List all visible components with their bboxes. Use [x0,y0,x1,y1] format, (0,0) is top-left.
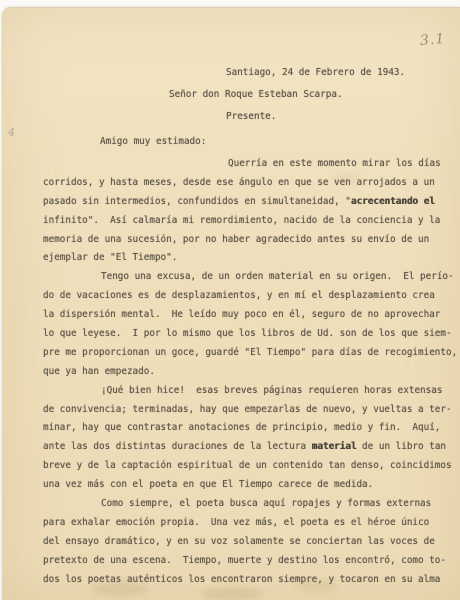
overstruck-text: acrecentando el [351,196,435,207]
typed-text: pretexto de una escena. Tiempo, muerte y… [43,555,446,566]
typed-text: breve y de la captación espiritual de un… [43,460,452,471]
typed-text: Querría en este momento mirar los días [228,158,441,169]
margin-pencil-mark: 4 [7,126,16,140]
paper-stain [201,587,263,600]
typed-line: pasado sin intermedios, confundidos en s… [43,193,460,212]
paper-stain [296,580,338,592]
typed-line: la dispersión mental. He leído muy poco … [43,306,460,325]
typed-line: que ya han empezado. [43,363,460,382]
typed-text: lo que leyese. I por lo mismo que los li… [43,328,452,339]
typed-line: Querría en este momento mirar los días [43,155,460,174]
typed-line: pretexto de una escena. Tiempo, muerte y… [43,552,460,571]
typed-line: ante las dos distintas duraciones de la … [43,438,460,457]
typed-text: de un libro tan [356,441,446,452]
typed-line: memoria de una sucesión, por no haber ag… [43,231,460,250]
typed-text: ¡Qué bien hice! esas breves páginas requ… [101,385,442,396]
letter-page: 3.1 4 Santiago, 24 de Febrero de 1943. S… [2,7,460,600]
typed-text: Tengo una excusa, de un orden material e… [101,271,454,282]
typed-line: una vez más con el poeta en que El Tiemp… [43,476,460,495]
typed-line: de convivencia; terminadas, hay que empe… [43,401,460,420]
typed-text: una vez más con el poeta en que El Tiemp… [43,479,373,490]
typed-line: corridos, y hasta meses, desde ese ángul… [43,174,460,193]
paragraph: Tengo una excusa, de un orden material e… [43,268,460,381]
paragraph: ¡Qué bien hice! esas breves páginas requ… [43,382,460,495]
typed-line: del ensayo dramático, y en su voz solame… [43,533,460,552]
typed-text: de convivencia; terminadas, hay que empe… [43,404,452,415]
typed-text: para exhalar emoción propia. Una vez más… [43,517,429,528]
date-line: Santiago, 24 de Febrero de 1943. [226,67,405,79]
typed-line: pre me proporcionan un goce, guardé "El … [43,344,460,363]
typed-text: Como siempre, el poeta busca aquí ropaje… [101,498,431,509]
typed-text: pasado sin intermedios, confundidos en s… [43,196,351,207]
typed-line: do de vacaciones es de desplazamientos, … [43,287,460,306]
typed-line: ejemplar de "El Tiempo". [43,249,460,268]
typed-text: ante las dos distintas duraciones de la … [43,441,312,452]
recipient-line: Señor don Roque Esteban Scarpa. [169,89,343,101]
letter-body: Querría en este momento mirar los díasco… [43,155,460,589]
paragraph: Querría en este momento mirar los díasco… [43,155,460,268]
typed-line: lo que leyese. I por lo mismo que los li… [43,325,460,344]
presente-line: Presente. [226,111,276,123]
paper-stain [91,581,149,596]
overstruck-text: material [312,441,357,452]
typed-text: minar, hay que contrastar anotaciones de… [43,422,440,433]
typed-line: Como siempre, el poeta busca aquí ropaje… [43,495,460,514]
paragraph: Como siempre, el poeta busca aquí ropaje… [43,495,460,589]
typed-line: minar, hay que contrastar anotaciones de… [43,419,460,438]
typed-text: ejemplar de "El Tiempo". [43,252,177,263]
pencil-page-number: 3.1 [419,31,446,49]
typed-text: pre me proporcionan un goce, guardé "El … [43,347,457,358]
typed-text: corridos, y hasta meses, desde ese ángul… [43,177,435,188]
typed-text: do de vacaciones es de desplazamientos, … [43,290,435,301]
paper-stain [333,173,363,183]
salutation-line: Amigo muy estimado: [100,136,206,148]
typed-text: del ensayo dramático, y en su voz solame… [43,536,435,547]
typed-text: que ya han empezado. [43,366,155,377]
typed-text: la dispersión mental. He leído muy poco … [43,309,440,320]
typed-line: para exhalar emoción propia. Una vez más… [43,514,460,533]
typed-text: infinito". Así calmaría mi remordimiento… [43,215,440,226]
typed-line: ¡Qué bien hice! esas breves páginas requ… [43,382,460,401]
typed-line: infinito". Así calmaría mi remordimiento… [43,212,460,231]
typed-line: Tengo una excusa, de un orden material e… [43,268,460,287]
typed-text: memoria de una sucesión, por no haber ag… [43,234,429,245]
typed-line: breve y de la captación espiritual de un… [43,457,460,476]
